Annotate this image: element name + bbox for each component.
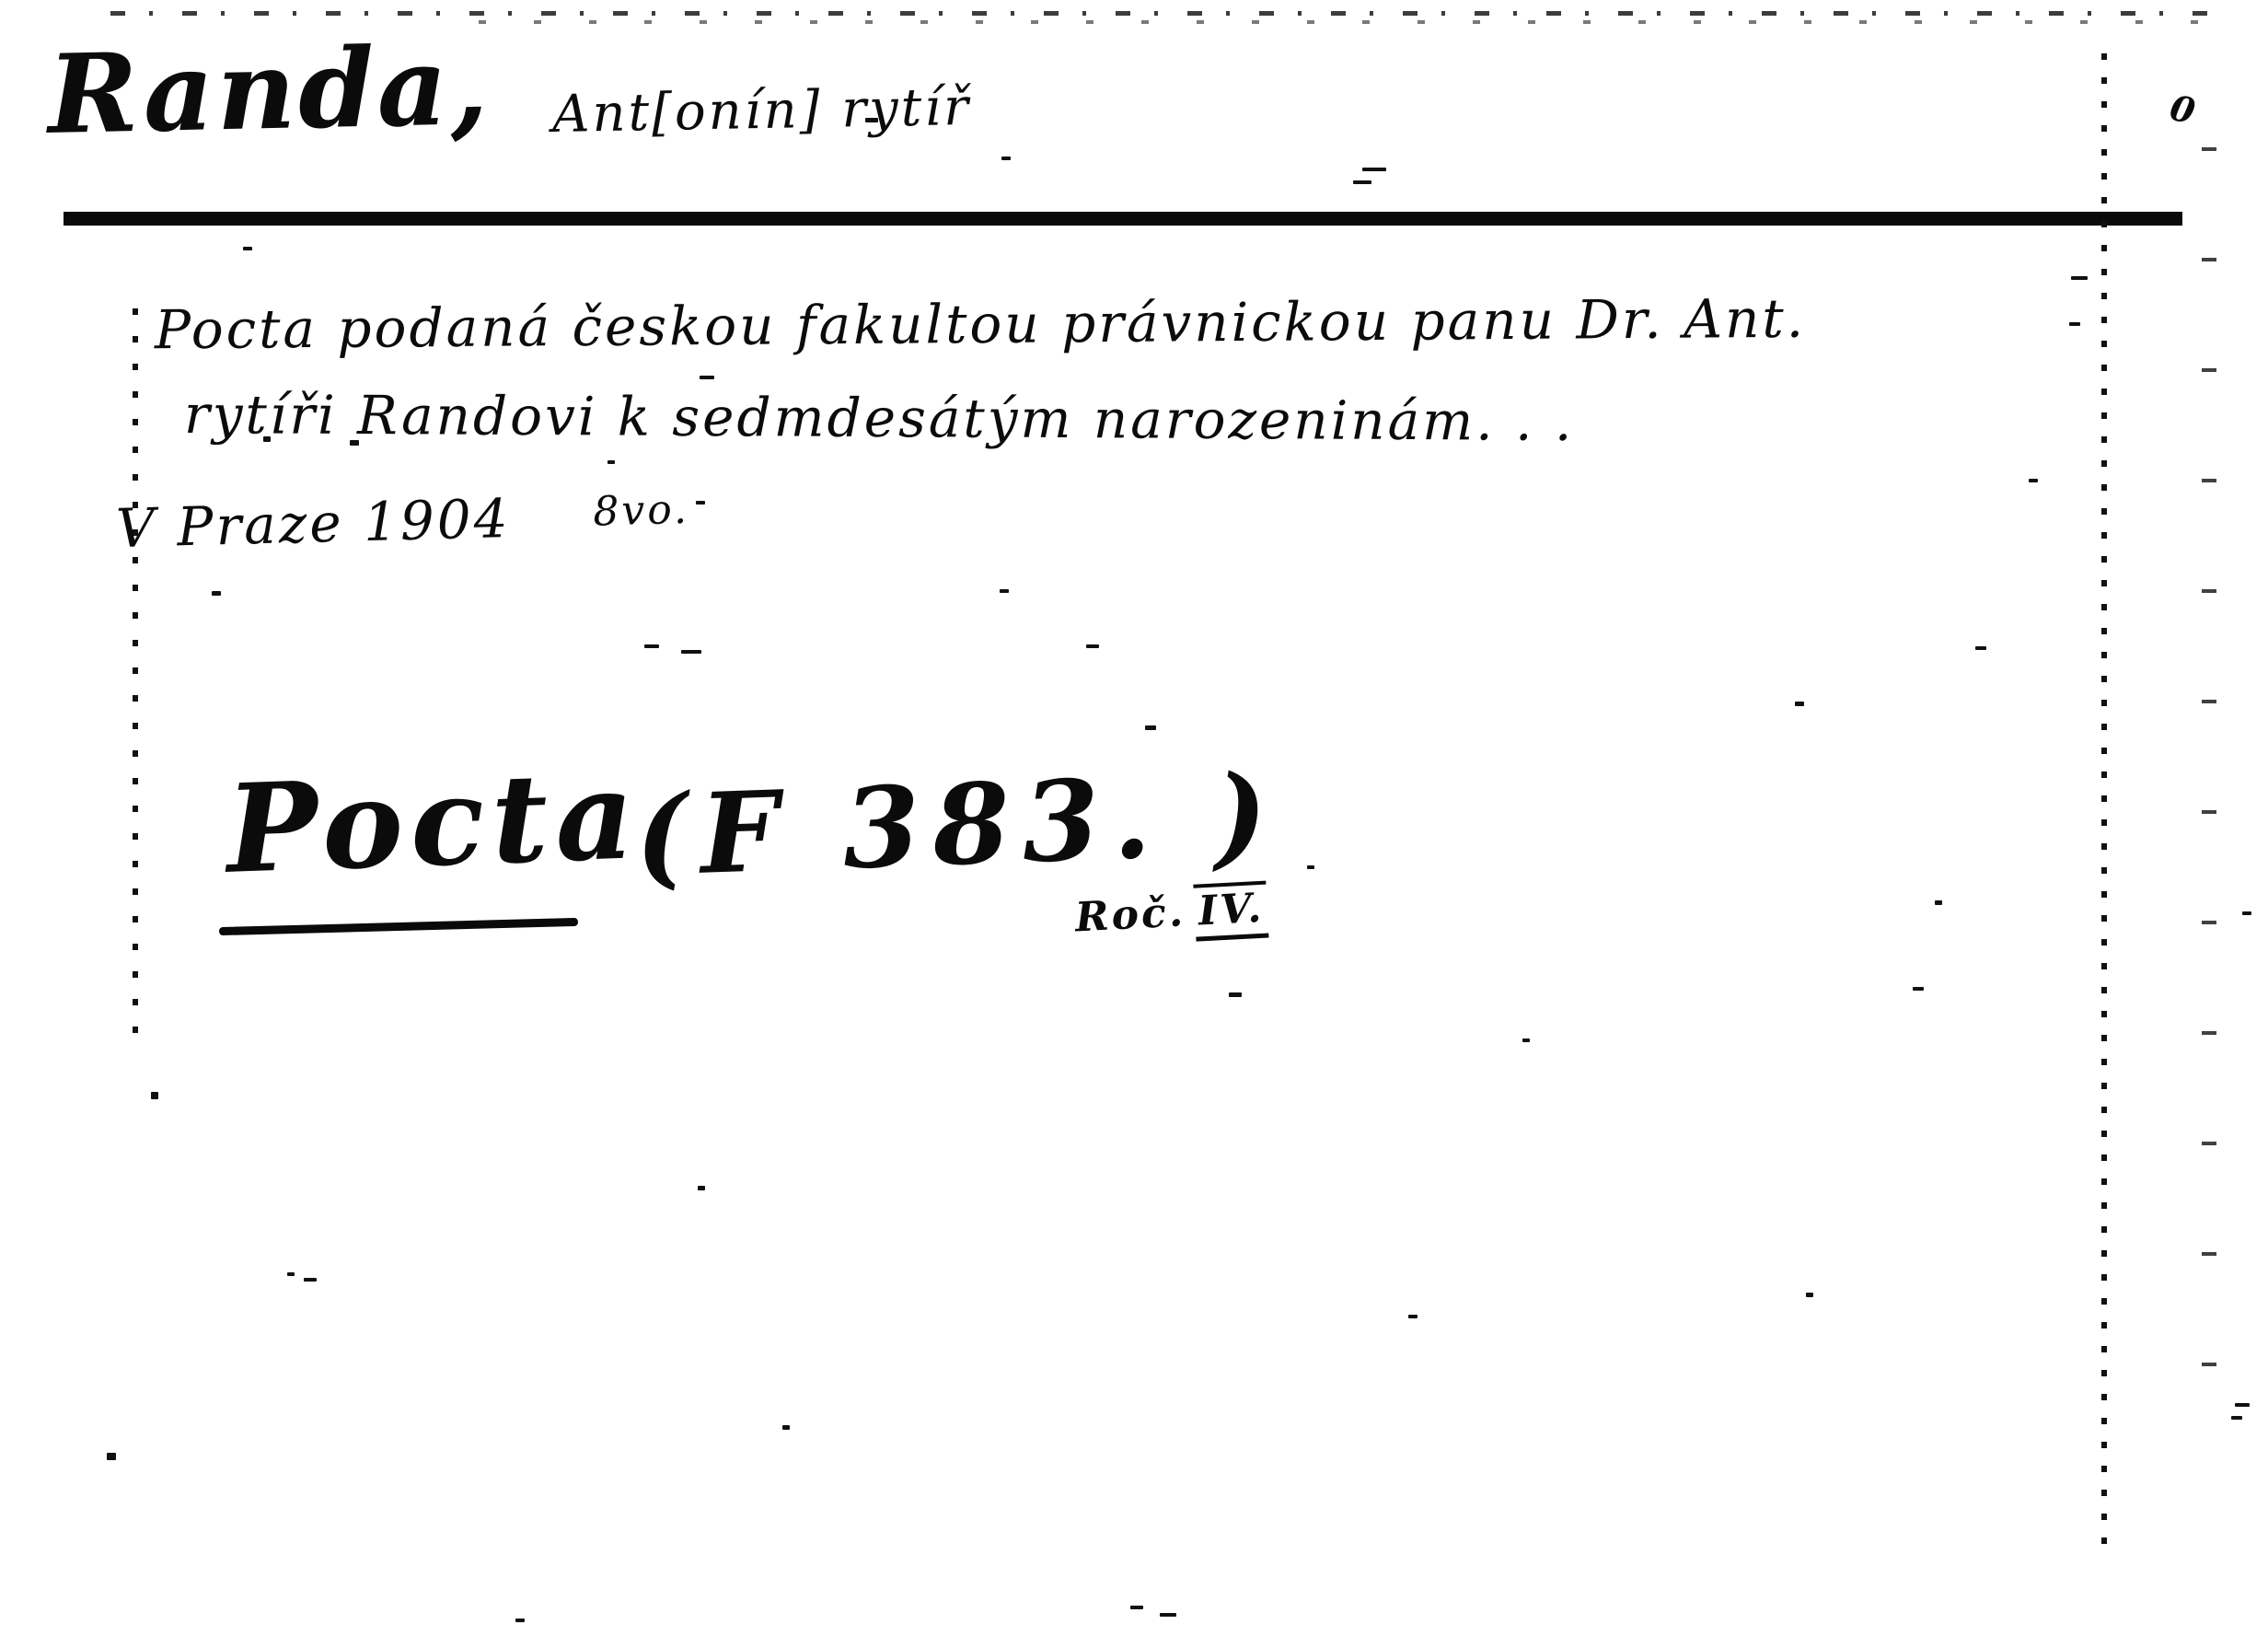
ink-speck	[698, 1186, 705, 1190]
ink-speck	[1000, 589, 1009, 593]
card-heading-surname: Randa,	[47, 21, 492, 158]
ink-speck	[304, 1278, 317, 1282]
ink-speck	[1353, 180, 1371, 184]
ink-speck	[243, 247, 252, 250]
ink-speck	[2235, 1403, 2250, 1407]
ink-speck	[865, 118, 878, 122]
right-margin-dotted-line	[2101, 53, 2107, 1554]
ink-speck	[1086, 644, 1099, 648]
volume-number: IV.	[1193, 881, 1268, 942]
annotation-line-3: V Praze 19048vo.	[115, 482, 690, 560]
ink-speck	[107, 1453, 116, 1460]
corner-mark: 0	[2167, 87, 2199, 133]
ink-speck	[782, 1425, 790, 1430]
ink-speck	[350, 440, 359, 446]
ink-speck	[1806, 1293, 1813, 1297]
scan-noise-top-secondary	[479, 20, 2209, 24]
ink-speck	[700, 376, 714, 379]
ink-speck	[1935, 900, 1942, 905]
ink-speck	[2231, 1416, 2242, 1420]
ink-speck	[1362, 168, 1386, 171]
catalog-card: Randa, Ant[onín] rytíř 0 Pocta podaná če…	[0, 0, 2268, 1636]
ink-speck	[1160, 1613, 1176, 1617]
ink-speck	[1001, 157, 1011, 160]
annotation-line-2: rytíři Randovi k sedmdesátým narozeninám…	[184, 383, 1575, 453]
imprint-place-year: V Praze 1904	[115, 487, 511, 560]
annotation-line-1: Pocta podaná českou fakultou právnickou …	[155, 287, 1807, 362]
left-margin-dotted-line	[133, 308, 138, 1045]
ink-speck	[212, 591, 221, 596]
format-mark: 8vo.	[593, 486, 690, 536]
ink-speck	[1408, 1315, 1417, 1318]
ink-speck	[1913, 987, 1924, 991]
ink-speck	[263, 436, 271, 442]
entry-title-underline	[219, 918, 578, 935]
ink-speck	[1307, 865, 1314, 869]
ink-speck	[1795, 702, 1804, 706]
ink-speck	[1229, 992, 1242, 997]
heading-rule	[64, 213, 2181, 225]
ink-speck	[696, 501, 705, 505]
ink-speck	[681, 650, 701, 654]
ink-speck	[2071, 276, 2088, 280]
card-heading-name-note: Ant[onín] rytíř	[551, 77, 971, 145]
ink-speck	[151, 1092, 158, 1099]
entry-volume: Roč.IV.	[1074, 881, 1269, 948]
right-edge-dash-marks	[2202, 147, 2216, 1455]
ink-speck	[2029, 479, 2038, 482]
ink-speck	[2069, 322, 2080, 326]
ink-speck	[515, 1619, 525, 1622]
ink-speck	[1130, 1606, 1143, 1609]
scan-noise-top	[110, 11, 2218, 16]
ink-speck	[1522, 1038, 1530, 1042]
entry-title: Pocta	[224, 744, 643, 901]
ink-speck	[1975, 646, 1986, 650]
volume-label: Roč.	[1074, 888, 1187, 941]
ink-speck	[607, 460, 615, 464]
entry-shelfmark: (F 383. )	[633, 749, 1282, 901]
ink-speck	[1145, 725, 1156, 730]
ink-speck	[2242, 911, 2251, 915]
ink-speck	[287, 1272, 295, 1276]
ink-speck	[644, 644, 659, 648]
